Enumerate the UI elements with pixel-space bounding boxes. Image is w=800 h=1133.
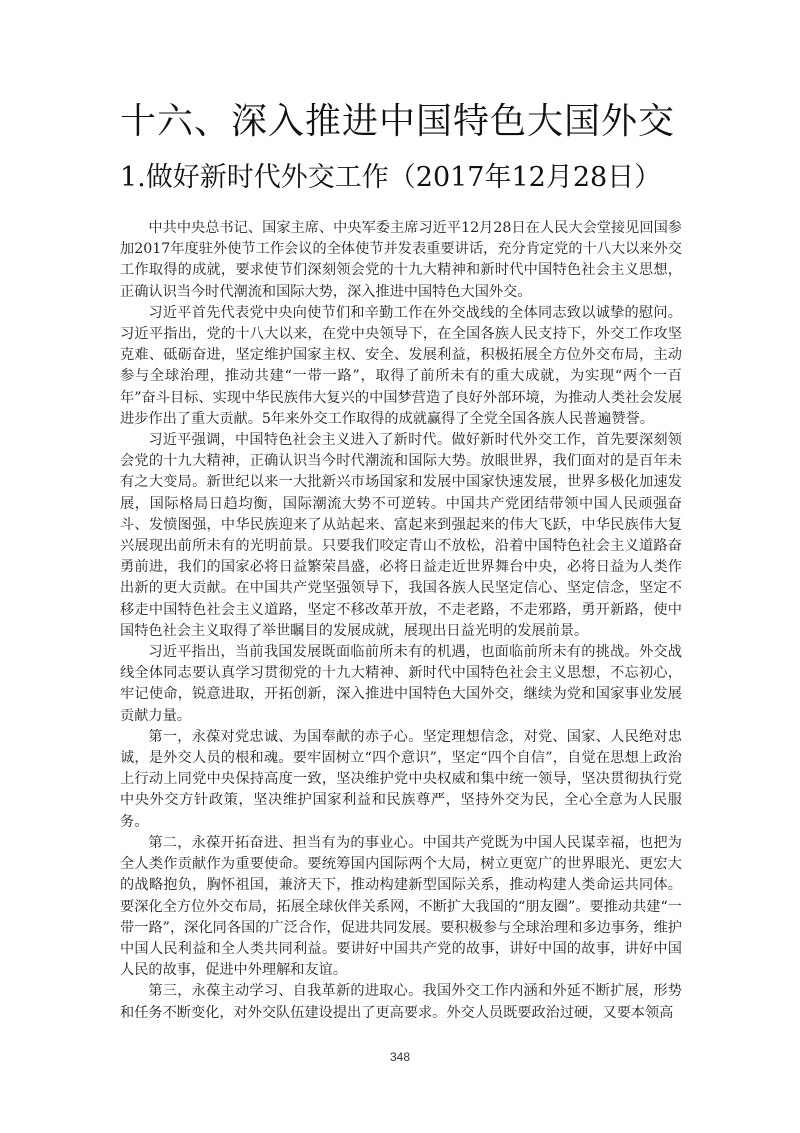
paragraph: 习近平首先代表党中央向使节们和辛勤工作在外交战线的全体同志致以诚挚的慰问。习近平… (120, 303, 682, 430)
section-title: 1.做好新时代外交工作（2017年12月28日） (120, 160, 720, 196)
paragraph: 第一，永葆对党忠诚、为国奉献的赤子心。坚定理想信念，对党、国家、人民绝对忠诚，是… (120, 727, 682, 833)
paragraph: 第二，永葆开拓奋进、担当有为的事业心。中国共产党既为中国人民谋幸福，也把为全人类… (120, 833, 682, 981)
body-text: 中共中央总书记、国家主席、中央军委主席习近平12月28日在人民大会堂接见回国参加… (120, 218, 682, 1024)
paragraph: 第三，永葆主动学习、自我革新的进取心。我国外交工作内涵和外延不断扩展，形势和任务… (120, 981, 682, 1023)
paragraph: 中共中央总书记、国家主席、中央军委主席习近平12月28日在人民大会堂接见回国参加… (120, 218, 682, 303)
paragraph: 习近平指出，当前我国发展既面临前所未有的机遇，也面临前所未有的挑战。外交战线全体… (120, 642, 682, 727)
paragraph: 习近平强调，中国特色社会主义进入了新时代。做好新时代外交工作，首先要深刻领会党的… (120, 430, 682, 642)
document-page: 十六、深入推进中国特色大国外交 1.做好新时代外交工作（2017年12月28日）… (0, 0, 800, 1133)
chapter-title: 十六、深入推进中国特色大国外交 (120, 100, 720, 144)
page-number: 348 (0, 1050, 800, 1064)
